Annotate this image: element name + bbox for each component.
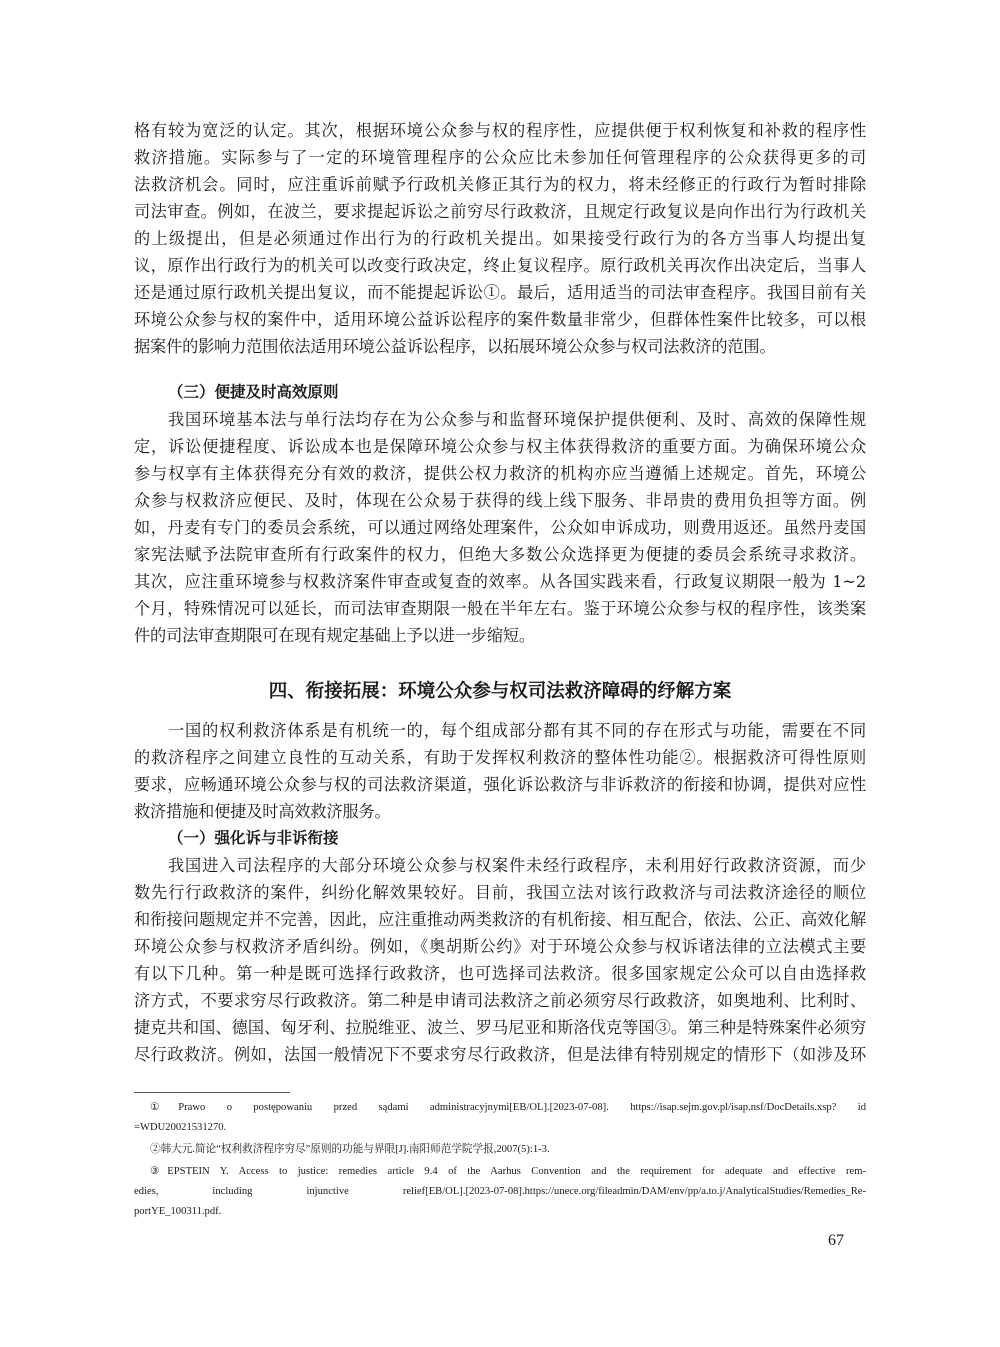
- body-text-line: 其次，应注重环境参与权救济案件审查或复查的效率。从各国实践来看，行政复议期限一般…: [134, 568, 866, 595]
- body-text-line: 格有较为宽泛的认定。其次，根据环境公众参与权的程序性，应提供便于权利恢复和补救的…: [134, 117, 866, 144]
- body-text-line: 司法审查。例如，在波兰，要求提起诉讼之前穷尽行政救济，且规定行政复议是向作出行为…: [134, 198, 866, 225]
- body-text-line: 环境公众参与权的案件中，适用环境公益诉讼程序的案件数量非常少，但群体性案件比较多…: [134, 306, 866, 333]
- body-text-line: 法救济机会。同时，应注重诉前赋予行政机关修正其行为的权力，将未经修正的行政行为暂…: [134, 171, 866, 198]
- footnote-2: ②韩大元.简论“权利救济程序穷尽”原则的功能与界限[J].南阳师范学院学报,20…: [150, 1140, 866, 1160]
- body-text-line: 一国的权利救济体系是有机统一的，每个组成部分都有其不同的存在形式与功能，需要在不…: [168, 717, 866, 744]
- body-text-line: 个月，特殊情况可以延长，而司法审查期限一般在半年左右。鉴于环境公众参与权的程序性…: [134, 595, 866, 622]
- body-text-line: 的救济程序之间建立良性的互动关系，有助于发挥权利救济的整体性功能②。根据救济可得…: [134, 744, 866, 771]
- body-text-line: 件的司法审查期限可在现有规定基础上予以进一步缩短。: [134, 622, 866, 649]
- body-text-line: 议，原作出行政行为的机关可以改变行政决定，终止复议程序。原行政机关再次作出决定后…: [134, 252, 866, 279]
- body-text-line: 救济措施和便捷及时高效救济服务。: [134, 798, 866, 825]
- subsection-heading: （一）强化诉与非诉衔接: [168, 825, 339, 852]
- body-text-line: 据案件的影响力范围依法适用环境公益诉讼程序，以拓展环境公众参与权司法救济的范围。: [134, 333, 866, 360]
- body-text-line: 捷克共和国、德国、匈牙利、拉脱维亚、波兰、罗马尼亚和斯洛伐克等国③。第三种是特殊…: [134, 1014, 866, 1041]
- body-text-line: 的上级提出，但是必须通过作出行为的行政机关提出。如果接受行政行为的各方当事人均提…: [134, 225, 866, 252]
- section-heading: 四、衔接拓展：环境公众参与权司法救济障碍的纾解方案: [0, 678, 1000, 705]
- body-text-line: 参与权享有主体获得充分有效的救济，提供公权力救济的机构亦应当遵循上述规定。首先，…: [134, 460, 866, 487]
- footnote-1: ①Prawo o postępowaniu przed sądami admin…: [150, 1098, 866, 1118]
- page-number: 67: [828, 1232, 844, 1250]
- body-text-line: 我国进入司法程序的大部分环境公众参与权案件未经行政程序，未利用好行政救济资源，而…: [168, 852, 866, 879]
- footnote-3-cont: portYE_100311.pdf.: [134, 1202, 866, 1222]
- body-text-line: 和衔接问题规定并不完善，因此，应注重推动两类救济的有机衔接、相互配合，依法、公正…: [134, 906, 866, 933]
- body-text-line: 我国环境基本法与单行法均存在为公众参与和监督环境保护提供便利、及时、高效的保障性…: [168, 406, 866, 433]
- footnote-3: ③EPSTEIN Y. Access to justice: remedies …: [150, 1162, 866, 1182]
- footnote-separator: [134, 1092, 290, 1093]
- body-text-line: 如，丹麦有专门的委员会系统，可以通过网络处理案件，公众如申诉成功，则费用返还。虽…: [134, 514, 866, 541]
- body-text-line: 济方式，不要求穷尽行政救济。第二种是申请司法救济之前必须穷尽行政救济，如奥地利、…: [134, 987, 866, 1014]
- body-text-line: 家宪法赋予法院审查所有行政案件的权力，但绝大多数公众选择更为便捷的委员会系统寻求…: [134, 541, 866, 568]
- body-text-line: 尽行政救济。例如，法国一般情况下不要求穷尽行政救济，但是法律有特别规定的情形下（…: [134, 1041, 866, 1068]
- footnote-3-cont: edies, including injunctive relief[EB/OL…: [134, 1182, 866, 1202]
- body-text-line: 定，诉讼便捷程度、诉讼成本也是保障环境公众参与权主体获得救济的重要方面。为确保环…: [134, 433, 866, 460]
- body-text-line: 要求，应畅通环境公众参与权的司法救济渠道，强化诉讼救济与非诉救济的衔接和协调，提…: [134, 771, 866, 798]
- footnote-1-cont: =WDU20021531270.: [134, 1118, 866, 1138]
- document-page: 格有较为宽泛的认定。其次，根据环境公众参与权的程序性，应提供便于权利恢复和补救的…: [0, 0, 1000, 1347]
- body-text-line: 还是通过原行政机关提出复议，而不能提起诉讼①。最后，适用适当的司法审查程序。我国…: [134, 279, 866, 306]
- body-text-line: 环境公众参与权救济矛盾纠纷。例如，《奥胡斯公约》对于环境公众参与权诉诸法律的立法…: [134, 933, 866, 960]
- body-text-line: 有以下几种。第一种是既可选择行政救济，也可选择司法救济。很多国家规定公众可以自由…: [134, 960, 866, 987]
- body-text-line: 数先行行政救济的案件，纠纷化解效果较好。目前，我国立法对该行政救济与司法救济途径…: [134, 879, 866, 906]
- body-text-line: 众参与权救济应便民、及时，体现在公众易于获得的线上线下服务、非昂贵的费用负担等方…: [134, 487, 866, 514]
- subsection-heading: （三）便捷及时高效原则: [168, 379, 339, 406]
- body-text-line: 救济措施。实际参与了一定的环境管理程序的公众应比未参加任何管理程序的公众获得更多…: [134, 144, 866, 171]
